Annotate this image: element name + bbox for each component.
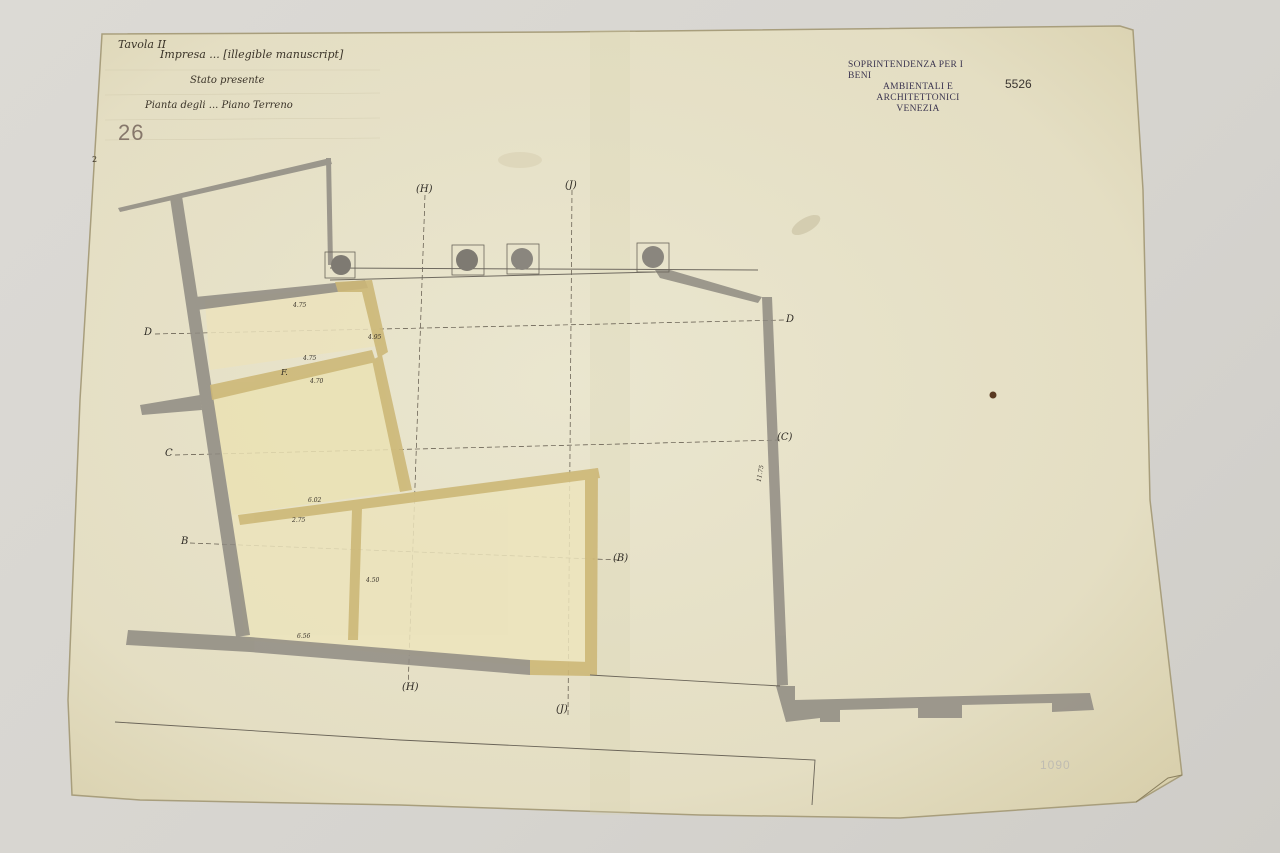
room-label-f: F. [281,368,288,377]
dimension-1: 4.75 [293,302,306,309]
dimension-6: 2.75 [292,517,305,524]
stamp-line-2: AMBIENTALI E ARCHITETTONICI [848,82,988,104]
stamp-line-1: SOPRINTENDENZA PER I BENI [848,60,988,82]
section-label-j-top: (J) [565,180,577,191]
section-label-b-left: B [181,536,188,547]
section-label-b-right: (B) [613,553,628,564]
tavola-label: Tavola II [118,38,166,51]
stamp-line-3: VENEZIA [848,104,988,115]
dimension-5: 6.02 [308,497,321,504]
section-label-h-top: (H) [416,184,433,195]
faded-number: 1090 [1040,758,1071,772]
archive-stamp: SOPRINTENDENZA PER I BENI AMBIENTALI E A… [848,60,988,115]
inventory-number: 5526 [1005,77,1032,91]
dimension-2: 4.75 [303,355,316,362]
title-line: Impresa ... [illegible manuscript] [160,48,343,61]
dimension-4: 4.95 [368,334,381,341]
caption-line: Pianta degli ... Piano Terreno [145,100,293,111]
dimension-3: 4.70 [310,378,323,385]
dimension-7: 4.50 [366,577,379,584]
section-label-h-bottom: (H) [402,682,419,693]
section-label-c-right: (C) [777,432,792,443]
section-label-c-left: C [165,448,173,459]
section-label-d-right: D [786,314,794,325]
plan-drawing [0,0,1280,853]
subtitle-line: Stato presente [190,75,265,86]
margin-mark: 2 [92,155,97,164]
section-label-j-bottom: (J) [556,704,568,715]
section-label-d-left: D [144,327,152,338]
dimension-8: 6.56 [297,633,310,640]
sheet-number: 26 [118,120,144,146]
